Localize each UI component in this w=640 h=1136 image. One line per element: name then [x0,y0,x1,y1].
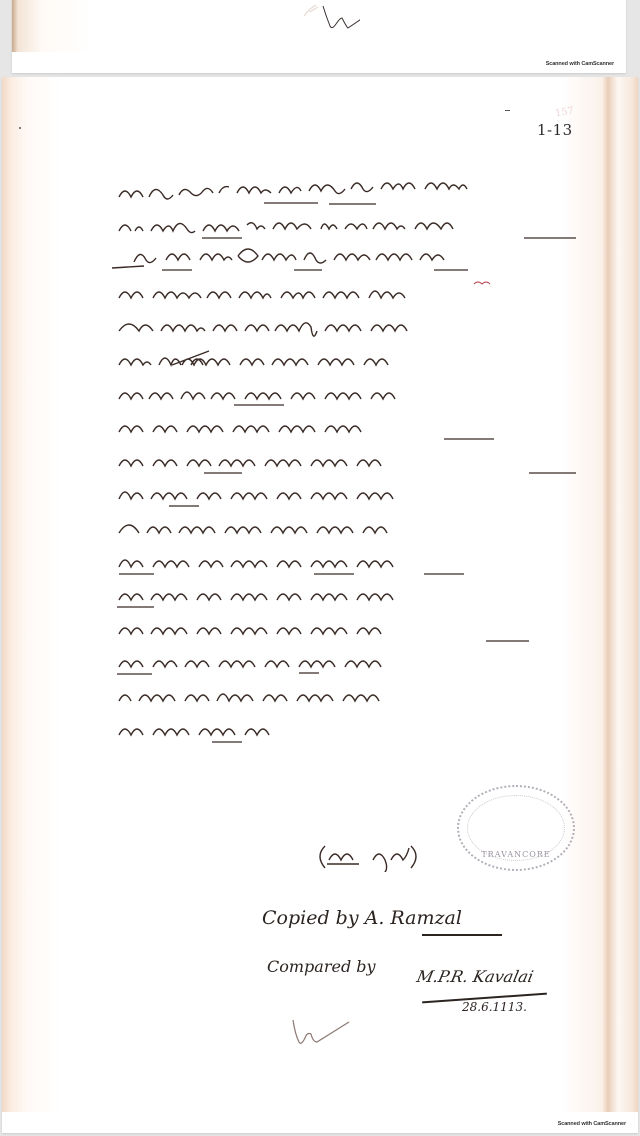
manuscript-line: [handwritten Malayalam line 5] [114,311,584,345]
handwriting-strokes [114,513,584,543]
handwriting-strokes [114,244,584,274]
manuscript-line: [handwritten Malayalam line 15] [114,647,584,681]
manuscript-line: [handwritten Malayalam line 3] [114,244,584,278]
manuscript-line: [handwritten Malayalam line 17] [114,715,584,749]
handwriting-strokes [114,211,584,241]
manuscript-line: [handwritten Malayalam line 16] [114,681,584,715]
handwriting-strokes [114,412,584,442]
handwriting-strokes [114,580,584,610]
current-page[interactable]: 157 1-13 [handwritten Malayalam line 1] [2,77,638,1133]
manuscript-line: [handwritten Malayalam line 6] [114,345,584,379]
handwritten-initials [300,2,360,34]
handwriting-strokes [114,547,584,577]
previous-page-footer: Scanned with CamScanner [12,52,626,73]
manuscript-line: [handwritten Malayalam line 13] [114,580,584,614]
previous-page-scan [12,0,626,52]
manuscript-line: [handwritten Malayalam line 1] [114,177,584,211]
manuscript-line: [handwritten Malayalam line 14] [114,614,584,648]
ink-stamp: TRAVANCORE [457,785,575,871]
manuscript-line: [handwritten Malayalam line 8] [114,412,584,446]
handwriting-strokes [114,715,584,745]
copy-attestation: Copied by A. Ramzal Compared by M.P.R. K… [257,907,577,1087]
manuscript-body: [handwritten Malayalam line 1] [handwrit… [114,177,584,748]
manuscript-line: [handwritten Malayalam line 12] [114,547,584,581]
handwriting-strokes [114,345,584,375]
copied-by-note: Copied by A. Ramzal [262,907,462,929]
ink-speck [19,127,21,129]
page-number: 1-13 [537,121,573,139]
camscanner-watermark: Scanned with CamScanner [546,61,614,67]
manuscript-line: [handwritten Malayalam line 2] [114,211,584,245]
faint-page-number: 157 [554,105,575,119]
signature-date: 28.6.1113. [462,1000,527,1014]
handwriting-strokes [114,177,584,207]
attestor-signature: M.P.R. Kavalai [415,967,535,986]
manuscript-signoff [315,842,425,872]
handwriting-strokes [114,681,584,711]
handwriting-strokes [114,379,584,409]
handwriting-strokes [114,446,584,476]
previous-page[interactable]: Scanned with CamScanner [12,0,626,73]
handwriting-strokes [114,614,584,644]
current-page-scan: 157 1-13 [handwritten Malayalam line 1] [2,77,638,1112]
dash-mark [505,110,510,111]
manuscript-line: [handwritten Malayalam line 9] [114,446,584,480]
manuscript-line: [handwritten Malayalam line 4] [114,278,584,312]
current-page-footer: Scanned with CamScanner [2,1112,638,1133]
handwriting-strokes [114,479,584,509]
compared-by-note: Compared by [267,957,376,976]
manuscript-line: [handwritten Malayalam line 7] [114,379,584,413]
manuscript-line: [handwritten Malayalam line 10] [114,479,584,513]
stamp-text: TRAVANCORE [459,850,573,859]
document-viewer[interactable]: Scanned with CamScanner 157 1-13 [handwr… [0,0,640,1136]
handwriting-strokes [114,647,584,677]
handwritten-initials [287,1012,357,1052]
handwriting-strokes [114,311,584,341]
handwriting-strokes [114,278,584,308]
copied-by-underline [422,934,502,936]
manuscript-line: [handwritten Malayalam line 11] [114,513,584,547]
camscanner-watermark: Scanned with CamScanner [558,1121,626,1127]
